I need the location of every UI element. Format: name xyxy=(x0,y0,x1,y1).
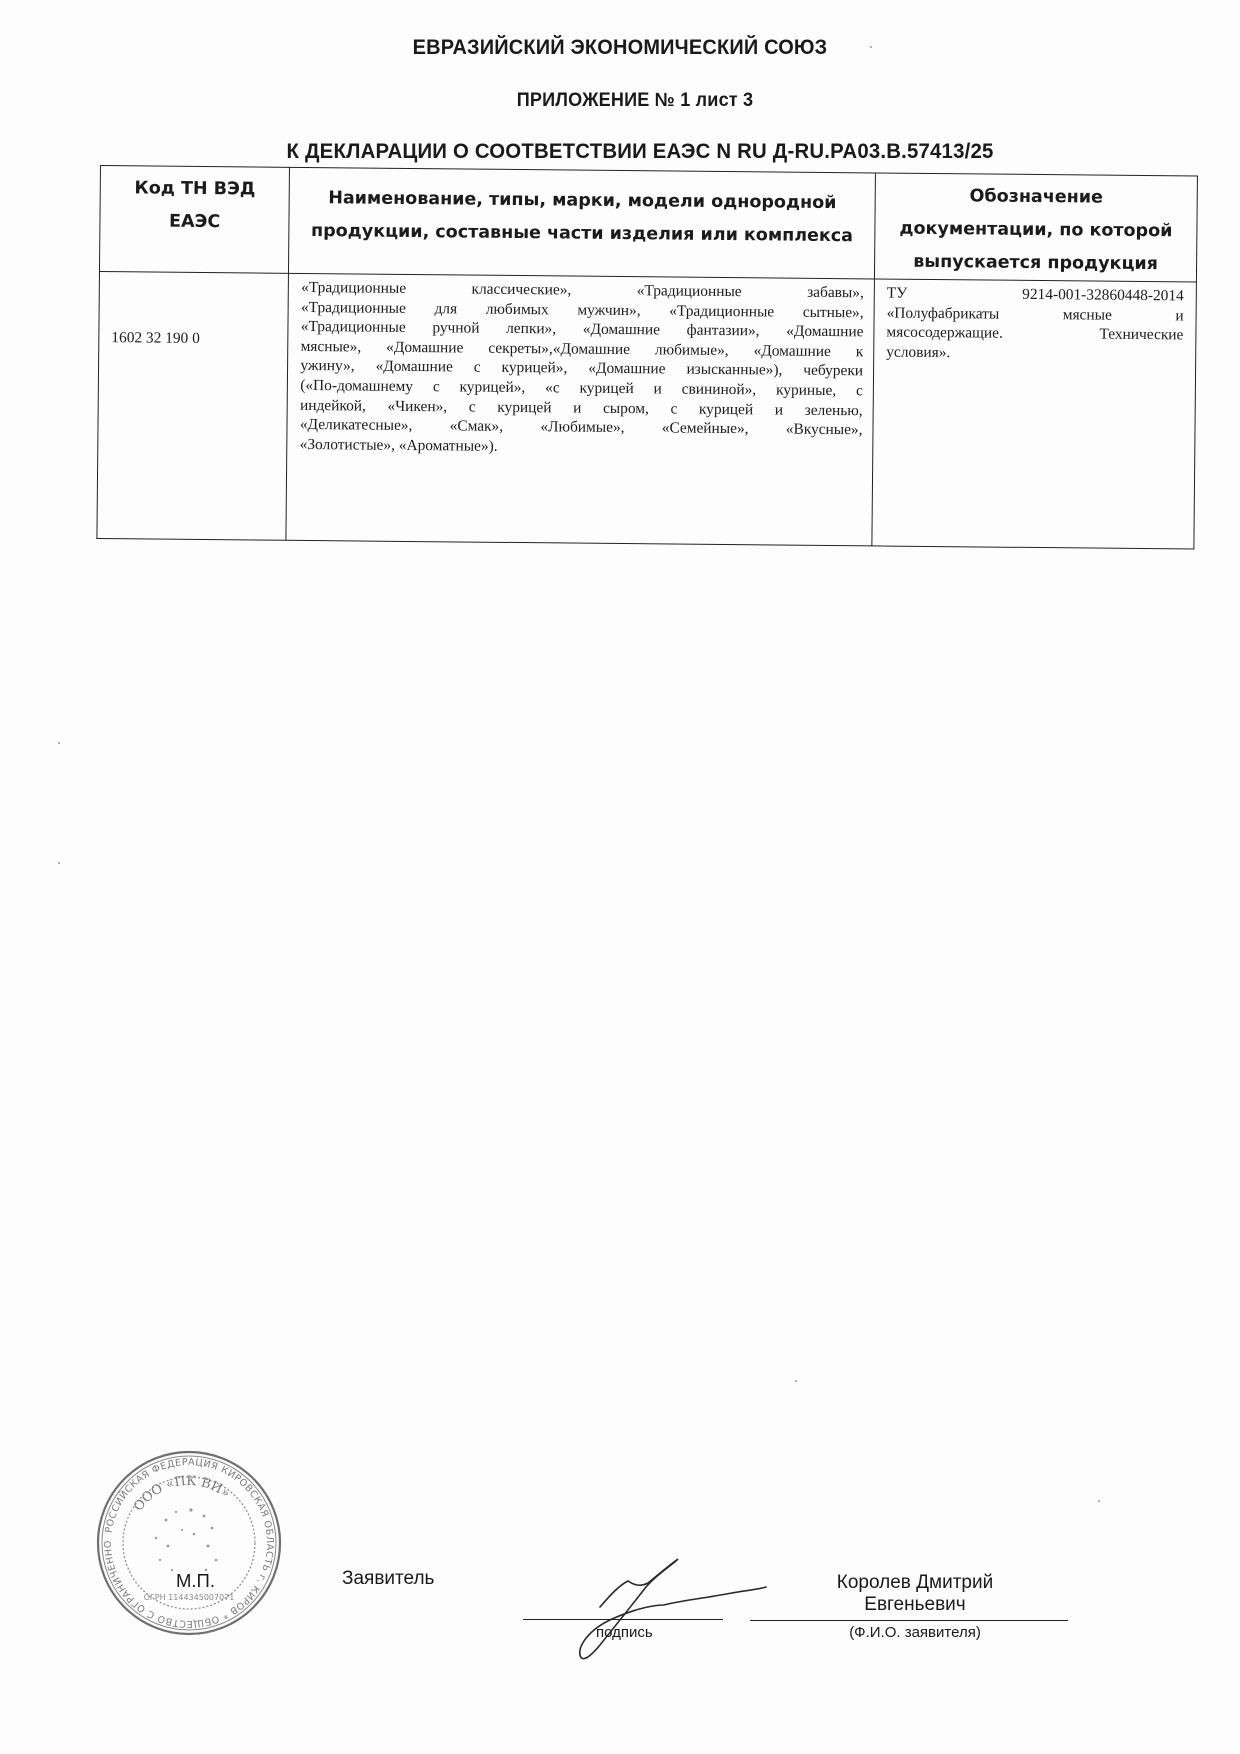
applicant-name-line: Евгеньевич xyxy=(760,1594,1070,1616)
scan-speck xyxy=(58,862,60,864)
scan-speck xyxy=(870,46,872,48)
name-underline xyxy=(750,1620,1068,1621)
signature-line xyxy=(523,1619,723,1620)
svg-text:ОГРН 1144345007071: ОГРН 1144345007071 xyxy=(144,1593,235,1602)
declaration-title: К ДЕКЛАРАЦИИ О СООТВЕТСТВИИ ЕАЭС N RU Д-… xyxy=(39,140,1240,164)
company-seal-icon: РОССИЙСКАЯ ФЕДЕРАЦИЯ КИРОВСКАЯ ОБЛАСТЬ г… xyxy=(96,1450,282,1636)
applicant-name: Королев Дмитрий Евгеньевич xyxy=(760,1572,1070,1616)
doc-line: ТУ 9214-001-32860448-2014 xyxy=(887,284,1184,306)
declaration-table: Код ТН ВЭД ЕАЭС Наименование, типы, марк… xyxy=(96,165,1198,550)
scan-speck xyxy=(1098,1500,1100,1502)
header-line: документации, по которой xyxy=(883,213,1188,249)
product-name-cell: «Традиционные классические», «Традиционн… xyxy=(286,273,874,546)
document-page: ЕВРАЗИЙСКИЙ ЭКОНОМИЧЕСКИЙ СОЮЗ ПРИЛОЖЕНИ… xyxy=(0,0,1240,1754)
svg-text:РОССИЙСКАЯ ФЕДЕРАЦИЯ КИРОВСКАЯ: РОССИЙСКАЯ ФЕДЕРАЦИЯ КИРОВСКАЯ ОБЛАСТЬ г… xyxy=(96,1450,275,1629)
header-line: Обозначение xyxy=(884,180,1189,216)
stamp-label: М.П. xyxy=(176,1570,215,1592)
signature-caption: подпись xyxy=(596,1624,653,1641)
scan-speck xyxy=(795,1380,797,1382)
header-line: Код ТН ВЭД xyxy=(109,172,282,207)
appendix-title: ПРИЛОЖЕНИЕ № 1 лист 3 xyxy=(46,90,1224,112)
applicant-label: Заявитель xyxy=(342,1568,434,1590)
documentation-cell: ТУ 9214-001-32860448-2014 «Полуфабрикаты… xyxy=(872,279,1197,549)
header-line: Наименование, типы, марки, модели одноро… xyxy=(298,182,867,220)
table-row: 1602 32 190 0 «Традиционные классические… xyxy=(97,271,1197,549)
union-title: ЕВРАЗИЙСКИЙ ЭКОНОМИЧЕСКИЙ СОЮЗ xyxy=(31,36,1209,60)
name-caption: (Ф.И.О. заявителя) xyxy=(760,1624,1070,1641)
column-header-name: Наименование, типы, марки, модели одноро… xyxy=(289,167,876,279)
column-header-documentation: Обозначение документации, по которой вып… xyxy=(874,173,1197,282)
header-line: продукции, составные части изделия или к… xyxy=(298,215,867,253)
doc-line: мясосодержащие. Технические xyxy=(886,323,1183,345)
doc-line: условия». xyxy=(886,342,1183,364)
header-line: ЕАЭС xyxy=(108,205,281,240)
header-line: выпускается продукция xyxy=(883,246,1188,282)
table-header-row: Код ТН ВЭД ЕАЭС Наименование, типы, марк… xyxy=(99,166,1197,283)
column-header-code: Код ТН ВЭД ЕАЭС xyxy=(99,166,289,274)
product-code-cell: 1602 32 190 0 xyxy=(97,271,289,540)
applicant-name-line: Королев Дмитрий xyxy=(760,1572,1070,1594)
scan-speck xyxy=(58,742,60,744)
